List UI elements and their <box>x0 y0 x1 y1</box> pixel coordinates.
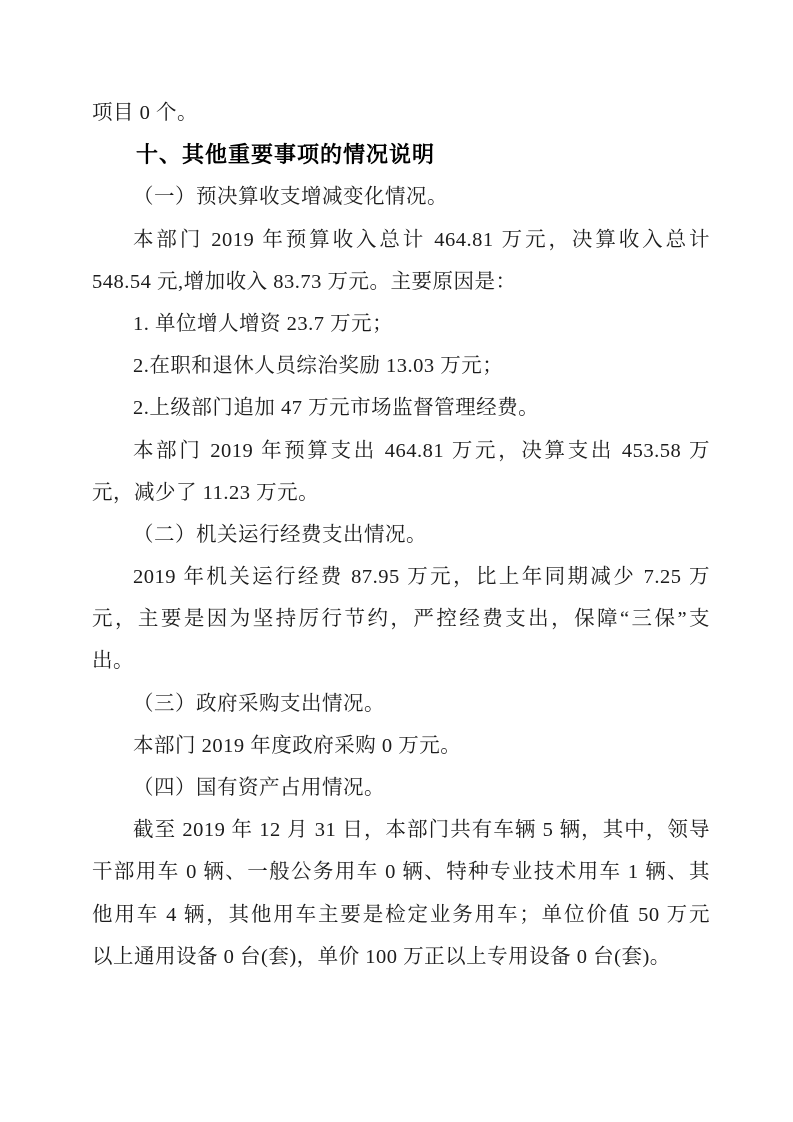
text-line: 2019 年机关运行经费 87.95 万元，比上年同期减少 7.25 万 <box>92 556 710 598</box>
section-heading: 十、其他重要事项的情况说明 <box>92 134 710 176</box>
text-line: 本部门 2019 年度政府采购 0 万元。 <box>92 725 710 767</box>
text-line: 1. 单位增人增资 23.7 万元； <box>92 303 710 345</box>
text-line: （二）机关运行经费支出情况。 <box>92 514 710 556</box>
document-body: 项目 0 个。十、其他重要事项的情况说明（一）预决算收支增减变化情况。本部门 2… <box>0 0 793 1122</box>
text-line: （一）预决算收支增减变化情况。 <box>92 176 710 218</box>
text-line: 以上通用设备 0 台(套)，单价 100 万正以上专用设备 0 台(套)。 <box>92 936 710 978</box>
text-line: 项目 0 个。 <box>92 92 710 134</box>
document-page: 项目 0 个。十、其他重要事项的情况说明（一）预决算收支增减变化情况。本部门 2… <box>0 0 793 1122</box>
text-line: 截至 2019 年 12 月 31 日，本部门共有车辆 5 辆，其中，领导 <box>92 809 710 851</box>
text-line: 548.54 元,增加收入 83.73 万元。主要原因是： <box>92 261 710 303</box>
text-line: 本部门 2019 年预算支出 464.81 万元，决算支出 453.58 万 <box>92 430 710 472</box>
text-line: 元，主要是因为坚持厉行节约，严控经费支出，保障“三保”支 <box>92 598 710 640</box>
text-line: 2.在职和退休人员综治奖励 13.03 万元； <box>92 345 710 387</box>
text-line: 出。 <box>92 640 710 682</box>
text-line: 本部门 2019 年预算收入总计 464.81 万元，决算收入总计 <box>92 219 710 261</box>
text-line: （四）国有资产占用情况。 <box>92 767 710 809</box>
text-line: 2.上级部门追加 47 万元市场监督管理经费。 <box>92 387 710 429</box>
text-line: 元，减少了 11.23 万元。 <box>92 472 710 514</box>
text-line: 干部用车 0 辆、一般公务用车 0 辆、特种专业技术用车 1 辆、其 <box>92 851 710 893</box>
text-line: （三）政府采购支出情况。 <box>92 683 710 725</box>
text-line: 他用车 4 辆，其他用车主要是检定业务用车；单位价值 50 万元 <box>92 894 710 936</box>
